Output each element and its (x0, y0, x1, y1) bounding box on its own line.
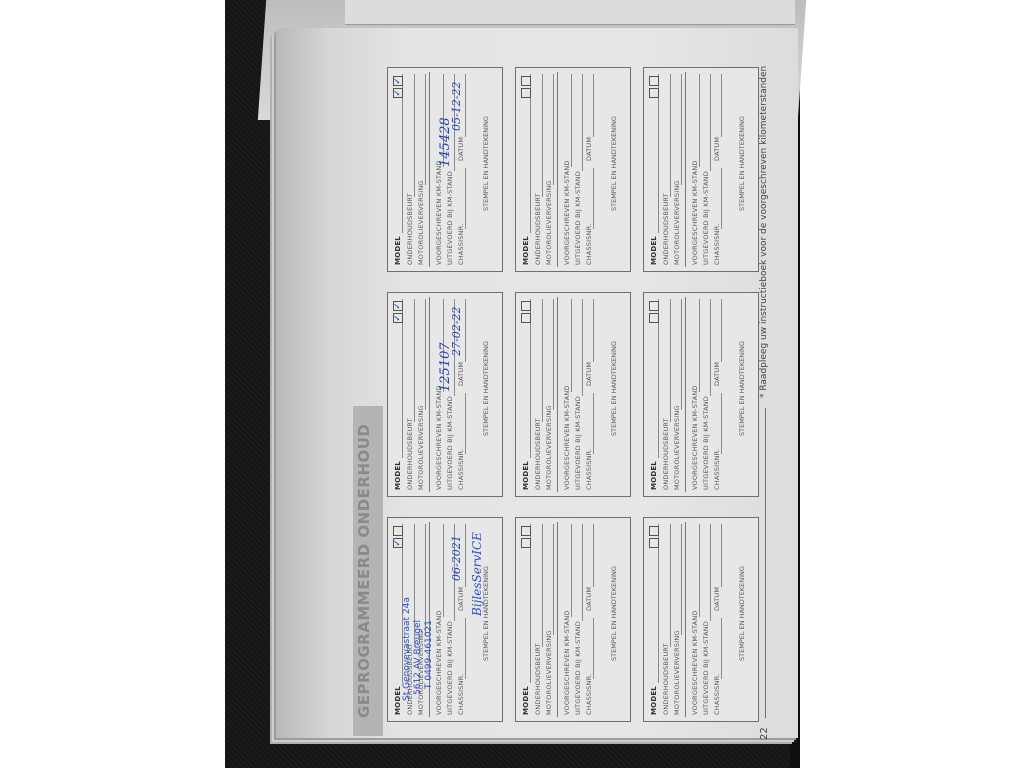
fill-line (443, 524, 444, 617)
fill-line (710, 299, 711, 396)
fill-line (542, 299, 543, 422)
service-checkboxes: ✓ (393, 526, 412, 550)
fill-line (699, 299, 700, 392)
service-checkboxes: ✓✓ (393, 301, 412, 325)
section-header-band: GEPROGRAMMEERD ONDERHOUD (353, 406, 383, 736)
fill-line (582, 524, 583, 621)
stamp-signature-label: STEMPEL EN HANDTEKENING (738, 116, 746, 211)
oil-change-checkbox[interactable] (521, 76, 531, 86)
field-label-chassis: CHASSISNR. (713, 674, 721, 715)
card-divider (685, 72, 686, 267)
maintenance-page: GEPROGRAMMEERD ONDERHOUD MODELONDERHOUDS… (355, 48, 775, 748)
card-divider (429, 72, 430, 267)
field-label-model: MODEL (394, 686, 402, 715)
field-label-date: DATUM (457, 137, 465, 161)
field-label-prescribed-km: VOORGESCHREVEN KM-STAND (691, 160, 699, 265)
service-checkbox[interactable] (521, 88, 531, 98)
field-label-service: ONDERHOUDSBEURT (534, 643, 542, 715)
fill-line (721, 524, 722, 587)
fill-line (425, 299, 426, 410)
field-label-prescribed-km: VOORGESCHREVEN KM-STAND (435, 160, 443, 265)
stamp-signature-label: STEMPEL EN HANDTEKENING (738, 341, 746, 436)
service-checkboxes: ✓✓ (393, 76, 412, 100)
field-label-prescribed-km: VOORGESCHREVEN KM-STAND (435, 610, 443, 715)
oil-change-checkbox[interactable]: ✓ (393, 76, 403, 86)
field-label-prescribed-km: VOORGESCHREVEN KM-STAND (691, 610, 699, 715)
field-label-performed-km: UITGEVOERD BIJ KM-STAND (446, 396, 454, 490)
field-label-prescribed-km: VOORGESCHREVEN KM-STAND (691, 385, 699, 490)
service-checkboxes (521, 301, 540, 325)
field-label-performed-km: UITGEVOERD BIJ KM-STAND (446, 621, 454, 715)
oil-change-checkbox[interactable] (393, 526, 403, 536)
field-label-performed-km: UITGEVOERD BIJ KM-STAND (702, 396, 710, 490)
fill-line (710, 524, 711, 621)
service-checkbox[interactable] (649, 88, 659, 98)
service-entry-card: MODELONDERHOUDSBEURTMOTOROLIEVERVERSINGV… (515, 517, 631, 722)
field-label-performed-km: UITGEVOERD BIJ KM-STAND (574, 171, 582, 265)
page-number: 22 (759, 727, 770, 740)
fill-line (465, 393, 466, 454)
field-label-performed-km: UITGEVOERD BIJ KM-STAND (446, 171, 454, 265)
service-entry-card: MODELONDERHOUDSBEURTMOTOROLIEVERVERSINGV… (387, 292, 503, 497)
stamp-signature-label: STEMPEL EN HANDTEKENING (610, 341, 618, 436)
field-label-model: MODEL (522, 461, 530, 490)
fill-line (721, 618, 722, 679)
background-right (800, 0, 1024, 768)
service-entry-card: MODELONDERHOUDSBEURTMOTOROLIEVERVERSINGV… (387, 517, 503, 722)
field-label-oil-change: MOTOROLIEVERVERSING (673, 630, 681, 715)
fill-line (542, 524, 543, 647)
fill-line (593, 393, 594, 454)
handwritten-date: 27-02-22 (450, 307, 463, 356)
card-divider (557, 522, 558, 717)
fill-line (465, 618, 466, 679)
service-entry-card: MODELONDERHOUDSBEURTMOTOROLIEVERVERSINGV… (387, 67, 503, 272)
field-label-oil-change: MOTOROLIEVERVERSING (417, 405, 425, 490)
service-entry-card: MODELONDERHOUDSBEURTMOTOROLIEVERVERSINGV… (515, 292, 631, 497)
dealer-stamp-text: 5612 AV Breugel (413, 620, 423, 695)
fill-line (571, 74, 572, 167)
next-page-edge (345, 0, 795, 25)
fill-line (542, 74, 543, 197)
fill-line (593, 168, 594, 229)
fill-line (465, 299, 466, 362)
background-left (0, 0, 225, 768)
fill-line (582, 74, 583, 171)
fill-line (465, 524, 466, 587)
fill-line (571, 299, 572, 392)
service-checkbox[interactable] (649, 313, 659, 323)
field-label-performed-km: UITGEVOERD BIJ KM-STAND (702, 621, 710, 715)
card-divider (685, 297, 686, 492)
field-label-service: ONDERHOUDSBEURT (662, 193, 670, 265)
field-label-date: DATUM (457, 587, 465, 611)
card-divider (429, 297, 430, 492)
field-label-chassis: CHASSISNR. (457, 674, 465, 715)
field-label-oil-change: MOTOROLIEVERVERSING (545, 405, 553, 490)
fill-line (670, 299, 671, 422)
field-label-chassis: CHASSISNR. (713, 224, 721, 265)
service-checkboxes (521, 76, 540, 100)
field-label-model: MODEL (650, 236, 658, 265)
field-label-service: ONDERHOUDSBEURT (534, 193, 542, 265)
stamp-signature-label: STEMPEL EN HANDTEKENING (610, 116, 618, 211)
fill-line (593, 524, 594, 587)
field-label-prescribed-km: VOORGESCHREVEN KM-STAND (435, 385, 443, 490)
fill-line (553, 299, 554, 410)
fill-line (710, 74, 711, 171)
fill-line (670, 524, 671, 647)
field-label-prescribed-km: VOORGESCHREVEN KM-STAND (563, 610, 571, 715)
fill-line (721, 393, 722, 454)
field-label-model: MODEL (394, 461, 402, 490)
field-label-date: DATUM (713, 362, 721, 386)
service-checkboxes (649, 526, 668, 550)
service-checkbox[interactable]: ✓ (393, 538, 403, 548)
fill-line (425, 74, 426, 185)
card-divider (557, 297, 558, 492)
fill-line (681, 74, 682, 185)
dealer-stamp-text: BijlesServICE (470, 532, 484, 616)
fill-line (593, 299, 594, 362)
field-label-model: MODEL (650, 686, 658, 715)
fill-line (553, 524, 554, 635)
oil-change-checkbox[interactable] (521, 526, 531, 536)
fill-line (553, 74, 554, 185)
fill-line (670, 74, 671, 197)
handwritten-date: 05-12-22 (450, 82, 463, 131)
service-checkbox[interactable] (521, 313, 531, 323)
field-label-prescribed-km: VOORGESCHREVEN KM-STAND (563, 160, 571, 265)
service-entry-card: MODELONDERHOUDSBEURTMOTOROLIEVERVERSINGV… (643, 67, 759, 272)
fill-line (582, 299, 583, 396)
fill-line (465, 74, 466, 137)
fill-line (593, 74, 594, 137)
field-label-chassis: CHASSISNR. (585, 224, 593, 265)
footer-divider (765, 408, 766, 718)
card-divider (685, 522, 686, 717)
field-label-chassis: CHASSISNR. (713, 449, 721, 490)
oil-change-checkbox[interactable]: ✓ (393, 301, 403, 311)
fill-line (465, 168, 466, 229)
stamp-signature-label: STEMPEL EN HANDTEKENING (482, 116, 490, 211)
field-label-model: MODEL (650, 461, 658, 490)
section-title: GEPROGRAMMEERD ONDERHOUD (355, 424, 373, 718)
oil-change-checkbox[interactable] (649, 526, 659, 536)
field-label-date: DATUM (457, 362, 465, 386)
stamp-signature-label: STEMPEL EN HANDTEKENING (482, 341, 490, 436)
handwritten-date: 06-2021 (450, 535, 463, 581)
field-label-prescribed-km: VOORGESCHREVEN KM-STAND (563, 385, 571, 490)
oil-change-checkbox[interactable] (649, 76, 659, 86)
service-entry-card: MODELONDERHOUDSBEURTMOTOROLIEVERVERSINGV… (643, 517, 759, 722)
oil-change-checkbox[interactable] (649, 301, 659, 311)
field-label-chassis: CHASSISNR. (585, 674, 593, 715)
field-label-date: DATUM (585, 362, 593, 386)
service-checkboxes (649, 76, 668, 100)
field-label-service: ONDERHOUDSBEURT (406, 193, 414, 265)
field-label-chassis: CHASSISNR. (457, 449, 465, 490)
footnote: * Raadpleeg uw instructieboek voor de vo… (759, 66, 769, 398)
service-checkbox[interactable]: ✓ (393, 88, 403, 98)
field-label-chassis: CHASSISNR. (457, 224, 465, 265)
field-label-service: ONDERHOUDSBEURT (662, 643, 670, 715)
field-label-oil-change: MOTOROLIEVERVERSING (673, 405, 681, 490)
service-entry-grid: MODELONDERHOUDSBEURTMOTOROLIEVERVERSINGV… (387, 62, 762, 722)
field-label-oil-change: MOTOROLIEVERVERSING (545, 180, 553, 265)
field-label-service: ONDERHOUDSBEURT (662, 418, 670, 490)
fill-line (721, 74, 722, 137)
fill-line (571, 524, 572, 617)
oil-change-checkbox[interactable] (521, 301, 531, 311)
service-checkbox[interactable] (649, 538, 659, 548)
field-label-oil-change: MOTOROLIEVERVERSING (417, 180, 425, 265)
field-label-date: DATUM (585, 587, 593, 611)
service-checkbox[interactable]: ✓ (393, 313, 403, 323)
service-entry-card: MODELONDERHOUDSBEURTMOTOROLIEVERVERSINGV… (515, 67, 631, 272)
field-label-chassis: CHASSISNR. (585, 449, 593, 490)
card-divider (557, 72, 558, 267)
field-label-performed-km: UITGEVOERD BIJ KM-STAND (574, 621, 582, 715)
field-label-model: MODEL (394, 236, 402, 265)
fill-line (721, 168, 722, 229)
field-label-date: DATUM (713, 137, 721, 161)
service-checkboxes (649, 301, 668, 325)
field-label-service: ONDERHOUDSBEURT (534, 418, 542, 490)
field-label-performed-km: UITGEVOERD BIJ KM-STAND (702, 171, 710, 265)
stamp-signature-label: STEMPEL EN HANDTEKENING (738, 566, 746, 661)
fill-line (593, 618, 594, 679)
dealer-stamp-text: St.Genovevastraat 24a (402, 597, 412, 701)
field-label-date: DATUM (585, 137, 593, 161)
service-checkboxes (521, 526, 540, 550)
field-label-performed-km: UITGEVOERD BIJ KM-STAND (574, 396, 582, 490)
fill-line (681, 524, 682, 635)
fill-line (414, 74, 415, 197)
field-label-oil-change: MOTOROLIEVERVERSING (545, 630, 553, 715)
field-label-service: ONDERHOUDSBEURT (406, 418, 414, 490)
service-checkbox[interactable] (521, 538, 531, 548)
fill-line (699, 524, 700, 617)
fill-line (681, 299, 682, 410)
field-label-date: DATUM (713, 587, 721, 611)
field-label-model: MODEL (522, 686, 530, 715)
fill-line (414, 299, 415, 422)
service-entry-card: MODELONDERHOUDSBEURTMOTOROLIEVERVERSINGV… (643, 292, 759, 497)
field-label-oil-change: MOTOROLIEVERVERSING (673, 180, 681, 265)
field-label-model: MODEL (522, 236, 530, 265)
fill-line (721, 299, 722, 362)
fill-line (699, 74, 700, 167)
dealer-stamp-text: T 0499-461021 (424, 620, 434, 689)
fill-line (425, 524, 426, 635)
stamp-signature-label: STEMPEL EN HANDTEKENING (610, 566, 618, 661)
